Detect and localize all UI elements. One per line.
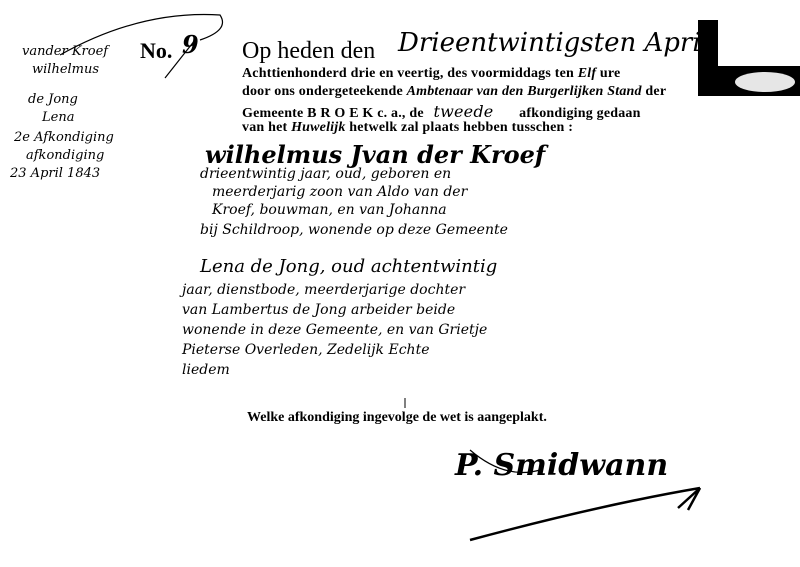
decorative-pen-strokes [0, 0, 800, 567]
